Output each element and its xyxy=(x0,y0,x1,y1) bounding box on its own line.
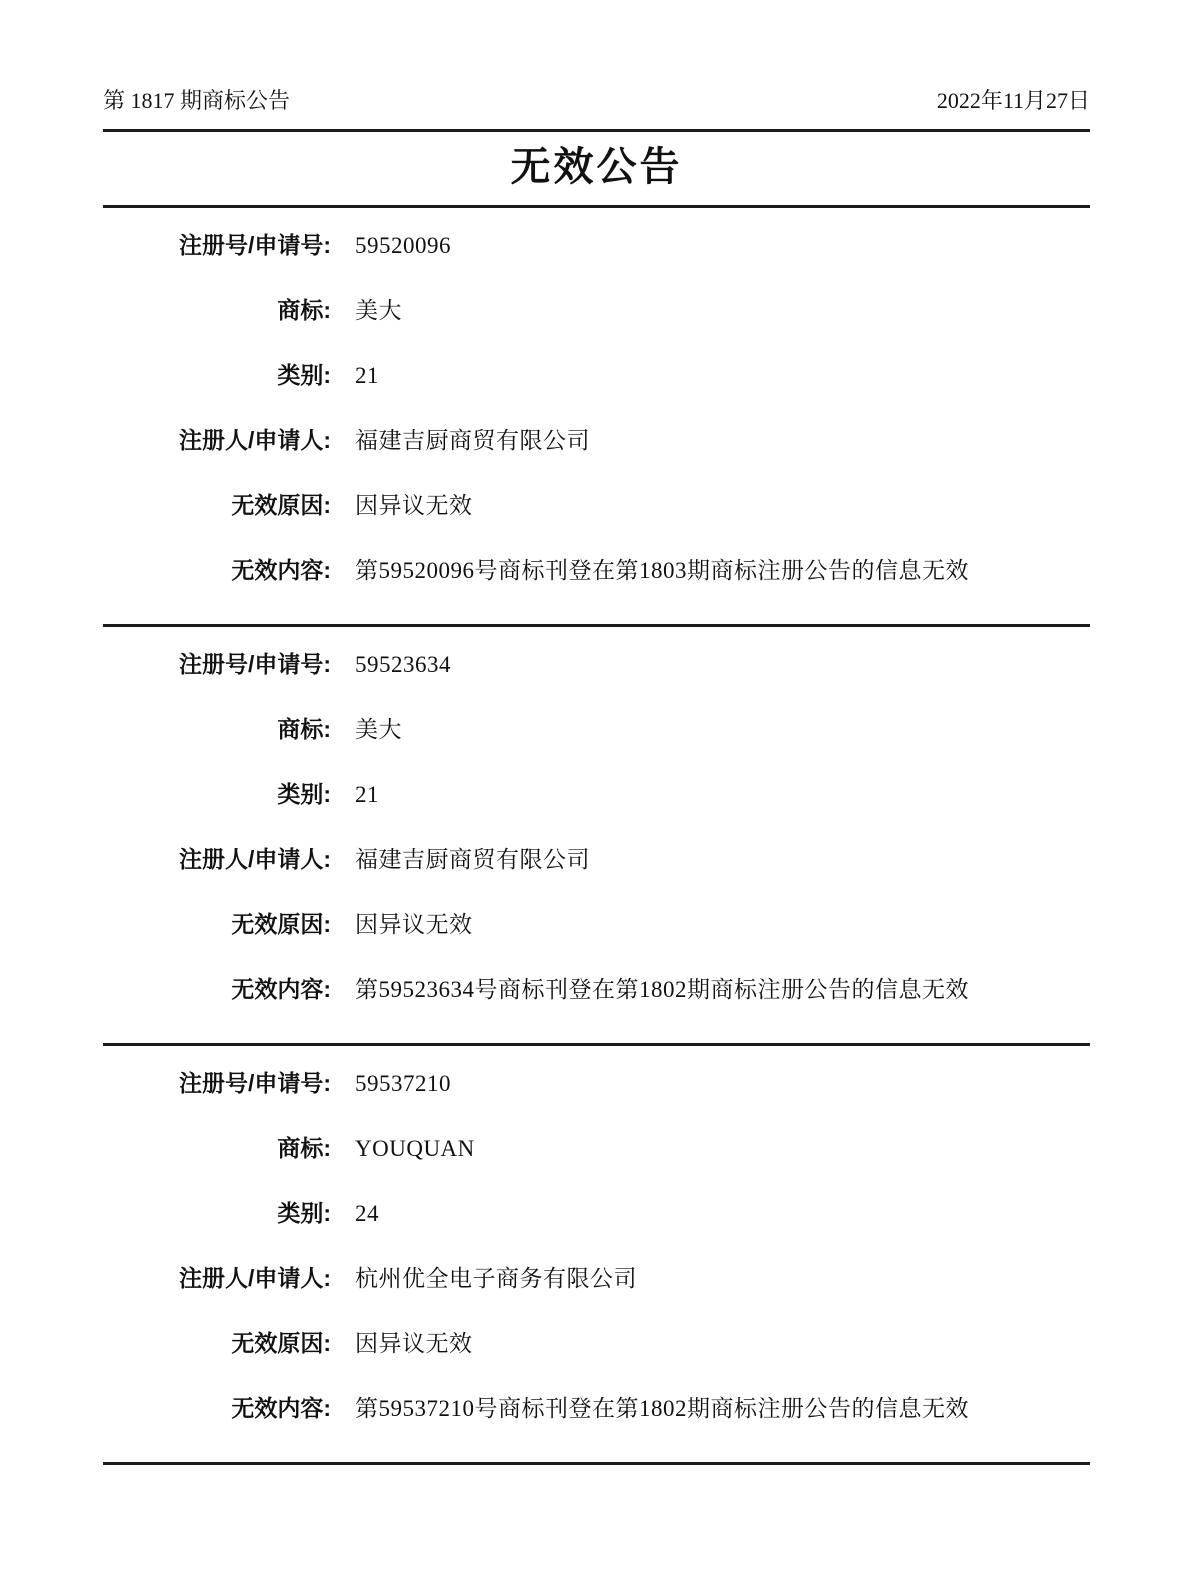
field-label-registrant: 注册人/申请人: xyxy=(103,1265,331,1291)
field-row-trademark: 商标: 美大 xyxy=(103,716,1090,743)
field-value-trademark: 美大 xyxy=(355,298,1090,324)
field-row-registrant: 注册人/申请人: 福建吉厨商贸有限公司 xyxy=(103,846,1090,873)
field-row-reg-no: 注册号/申请号: 59537210 xyxy=(103,1070,1090,1097)
field-value-registrant: 福建吉厨商贸有限公司 xyxy=(355,428,1090,454)
gazette-issue-title: 第 1817 期商标公告 xyxy=(103,86,290,116)
field-label-reason: 无效原因: xyxy=(103,1330,331,1356)
field-label-category: 类别: xyxy=(103,1200,331,1226)
announcement-record: 注册号/申请号: 59523634 商标: 美大 类别: 21 注册人/申请人:… xyxy=(103,627,1090,1043)
field-row-content: 无效内容: 第59523634号商标刊登在第1802期商标注册公告的信息无效 xyxy=(103,976,1090,1003)
field-row-category: 类别: 21 xyxy=(103,781,1090,808)
field-value-reg-no: 59523634 xyxy=(355,652,1090,678)
field-label-registrant: 注册人/申请人: xyxy=(103,846,331,872)
field-value-reason: 因异议无效 xyxy=(355,912,1090,938)
field-label-trademark: 商标: xyxy=(103,716,331,742)
field-value-content: 第59520096号商标刊登在第1803期商标注册公告的信息无效 xyxy=(355,558,1090,584)
field-label-reg-no: 注册号/申请号: xyxy=(103,232,331,258)
field-label-reg-no: 注册号/申请号: xyxy=(103,1070,331,1096)
field-row-reason: 无效原因: 因异议无效 xyxy=(103,911,1090,938)
field-value-category: 21 xyxy=(355,782,1090,808)
field-label-reason: 无效原因: xyxy=(103,911,331,937)
field-value-registrant: 杭州优全电子商务有限公司 xyxy=(355,1266,1090,1292)
field-row-reg-no: 注册号/申请号: 59520096 xyxy=(103,232,1090,259)
announcement-record: 注册号/申请号: 59537210 商标: YOUQUAN 类别: 24 注册人… xyxy=(103,1046,1090,1462)
field-row-registrant: 注册人/申请人: 福建吉厨商贸有限公司 xyxy=(103,427,1090,454)
field-value-trademark: YOUQUAN xyxy=(355,1136,1090,1162)
bottom-divider xyxy=(103,1462,1090,1465)
gazette-page: 第 1817 期商标公告 2022年11月27日 无效公告 注册号/申请号: 5… xyxy=(0,0,1190,1586)
field-row-content: 无效内容: 第59537210号商标刊登在第1802期商标注册公告的信息无效 xyxy=(103,1395,1090,1422)
field-value-content: 第59523634号商标刊登在第1802期商标注册公告的信息无效 xyxy=(355,977,1090,1003)
field-label-content: 无效内容: xyxy=(103,557,331,583)
field-row-trademark: 商标: YOUQUAN xyxy=(103,1135,1090,1162)
field-value-category: 24 xyxy=(355,1201,1090,1227)
field-label-category: 类别: xyxy=(103,781,331,807)
field-label-reg-no: 注册号/申请号: xyxy=(103,651,331,677)
field-row-category: 类别: 21 xyxy=(103,362,1090,389)
field-row-reg-no: 注册号/申请号: 59523634 xyxy=(103,651,1090,678)
field-value-reason: 因异议无效 xyxy=(355,493,1090,519)
field-value-trademark: 美大 xyxy=(355,717,1090,743)
field-row-registrant: 注册人/申请人: 杭州优全电子商务有限公司 xyxy=(103,1265,1090,1292)
field-label-registrant: 注册人/申请人: xyxy=(103,427,331,453)
field-label-trademark: 商标: xyxy=(103,297,331,323)
field-row-category: 类别: 24 xyxy=(103,1200,1090,1227)
field-row-reason: 无效原因: 因异议无效 xyxy=(103,1330,1090,1357)
field-value-category: 21 xyxy=(355,363,1090,389)
field-label-category: 类别: xyxy=(103,362,331,388)
field-label-trademark: 商标: xyxy=(103,1135,331,1161)
field-label-reason: 无效原因: xyxy=(103,492,331,518)
field-label-content: 无效内容: xyxy=(103,976,331,1002)
field-value-registrant: 福建吉厨商贸有限公司 xyxy=(355,847,1090,873)
page-title: 无效公告 xyxy=(103,132,1090,205)
field-label-content: 无效内容: xyxy=(103,1395,331,1421)
field-value-content: 第59537210号商标刊登在第1802期商标注册公告的信息无效 xyxy=(355,1396,1090,1422)
field-value-reg-no: 59520096 xyxy=(355,233,1090,259)
field-row-trademark: 商标: 美大 xyxy=(103,297,1090,324)
gazette-date: 2022年11月27日 xyxy=(937,86,1090,116)
field-row-content: 无效内容: 第59520096号商标刊登在第1803期商标注册公告的信息无效 xyxy=(103,557,1090,584)
page-header: 第 1817 期商标公告 2022年11月27日 xyxy=(103,0,1090,116)
field-row-reason: 无效原因: 因异议无效 xyxy=(103,492,1090,519)
field-value-reason: 因异议无效 xyxy=(355,1331,1090,1357)
announcement-record: 注册号/申请号: 59520096 商标: 美大 类别: 21 注册人/申请人:… xyxy=(103,208,1090,624)
field-value-reg-no: 59537210 xyxy=(355,1071,1090,1097)
